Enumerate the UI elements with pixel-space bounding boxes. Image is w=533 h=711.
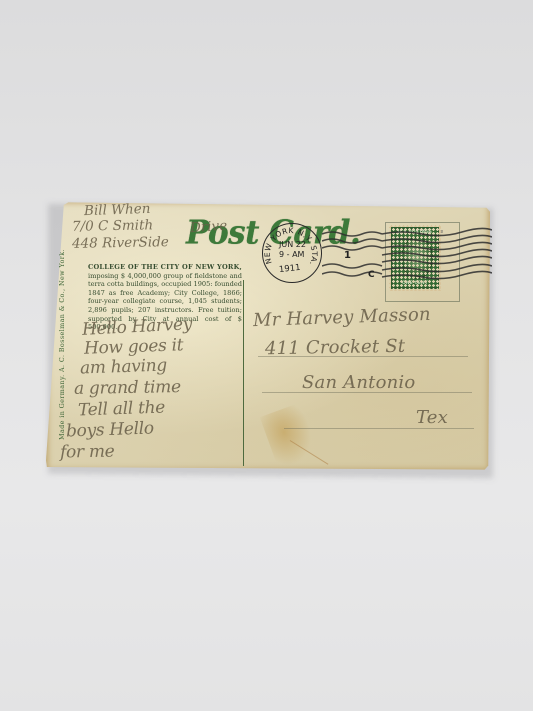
recipient-city: San Antonio bbox=[302, 372, 415, 393]
return-address-line: 448 RiverSide bbox=[72, 235, 169, 251]
message-line: am having bbox=[80, 356, 168, 378]
description-heading: COLLEGE OF THE CITY OF NEW YORK, bbox=[88, 263, 242, 271]
postmark-time: 9 - AM bbox=[279, 250, 304, 259]
recipient-street: 411 Crocket St bbox=[265, 336, 406, 359]
address-line bbox=[284, 428, 474, 429]
cancel-mark: 1 bbox=[344, 250, 351, 261]
postmark-date: JUN 22 bbox=[279, 240, 306, 249]
message-line: for me bbox=[60, 443, 115, 462]
return-address-line: 7/0 C Smith bbox=[72, 218, 153, 233]
postmark-circle: NEW YORK N.Y. STA. J JUN 22 9 - AM 1911 bbox=[262, 223, 322, 283]
message-line: Tell all the bbox=[78, 398, 166, 420]
cancel-letter: C bbox=[368, 270, 375, 280]
message-line: boys Hello bbox=[66, 419, 154, 441]
message-line: How goes it bbox=[84, 336, 184, 358]
center-divider bbox=[243, 280, 244, 466]
recipient-state: Tex bbox=[416, 407, 448, 428]
return-address-line: Bill When bbox=[84, 202, 151, 218]
return-address-line: Drive bbox=[190, 219, 228, 236]
publisher-imprint: Made in Germany. A. C. Bosselman & Co., … bbox=[58, 190, 66, 440]
message-line: a grand time bbox=[74, 378, 181, 398]
